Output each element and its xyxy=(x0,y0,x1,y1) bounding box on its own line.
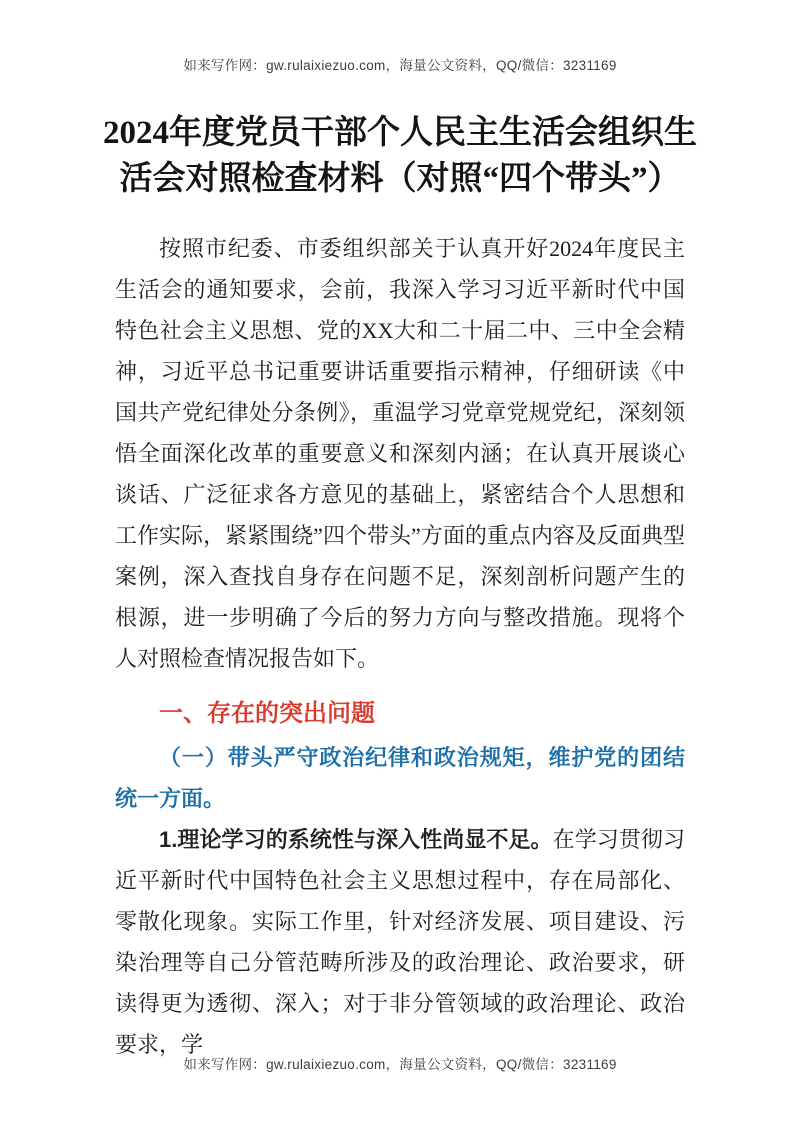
point-1-paragraph: 1.理论学习的系统性与深入性尚显不足。在学习贯彻习近平新时代中国特色社会主义思想… xyxy=(115,819,685,1065)
point-1-lead-bold: 1.理论学习的系统性与深入性尚显不足。 xyxy=(159,827,553,852)
page-footer-watermark: 如来写作网：gw.rulaixiezuo.com，海量公文资料，QQ/微信：32… xyxy=(0,1053,800,1073)
page-header-watermark: 如来写作网：gw.rulaixiezuo.com，海量公文资料，QQ/微信：32… xyxy=(0,54,800,74)
subsection-heading-1-1: （一）带头严守政治纪律和政治规矩，维护党的团结统一方面。 xyxy=(115,737,685,819)
section-heading-1: 一、存在的突出问题 xyxy=(115,692,685,735)
point-1-body-text: 在学习贯彻习近平新时代中国特色社会主义思想过程中，存在局部化、零散化现象。实际工… xyxy=(115,827,685,1057)
document-body: 按照市纪委、市委组织部关于认真开好2024年度民主生活会的通知要求，会前，我深入… xyxy=(115,228,685,1065)
document-title: 2024年度党员干部个人民主生活会组织生活会对照检查材料（对照“四个带头”） xyxy=(90,0,710,202)
intro-paragraph: 按照市纪委、市委组织部关于认真开好2024年度民主生活会的通知要求，会前，我深入… xyxy=(115,228,685,679)
document-page: 如来写作网：gw.rulaixiezuo.com，海量公文资料，QQ/微信：32… xyxy=(0,0,800,1131)
